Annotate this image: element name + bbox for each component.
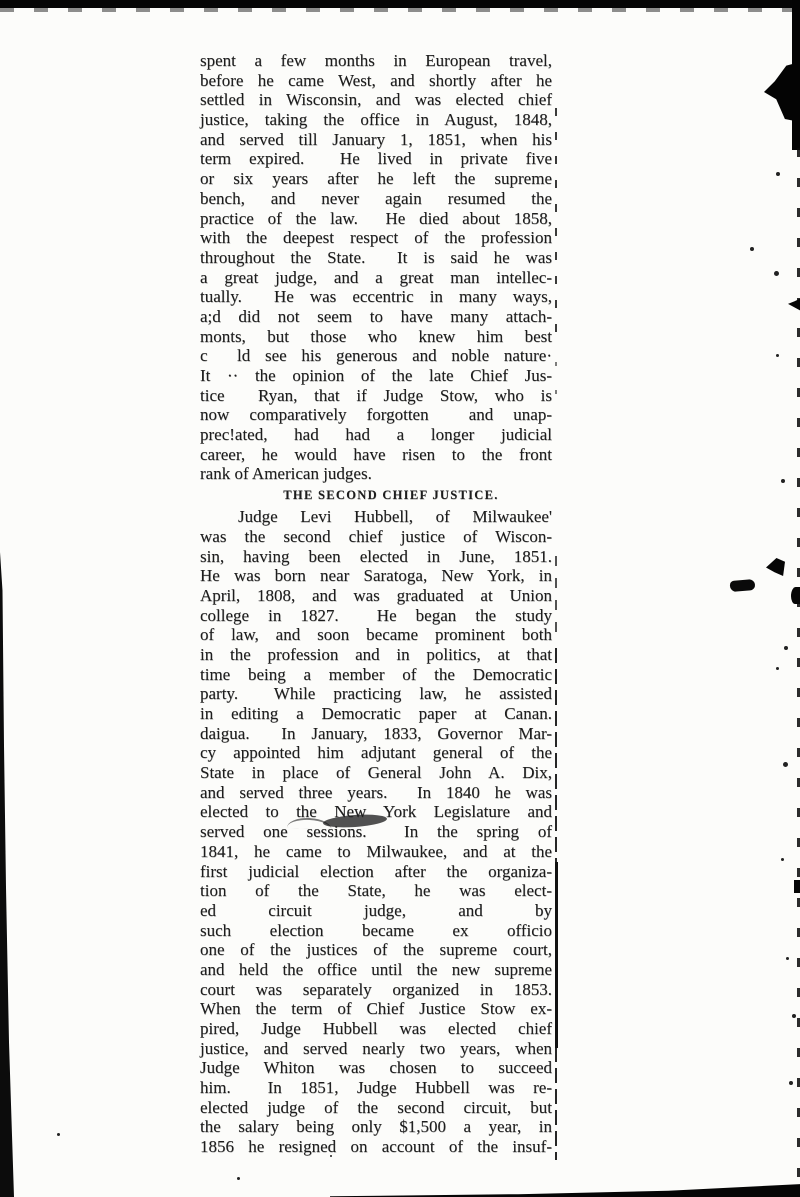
text-line: now comparatively forgotten and unap- <box>200 405 552 425</box>
ink-artifact <box>791 587 800 604</box>
text-line: 1841, he came to Milwaukee, and at the <box>200 842 552 862</box>
ink-speck <box>776 172 780 176</box>
text-line: It ·· the opinion of the late Chief Jus- <box>200 366 552 386</box>
ink-speck <box>750 247 754 251</box>
paragraph-hubbell: Judge Levi Hubbell, of Milwaukee'was the… <box>200 507 552 1157</box>
section-heading: THE SECOND CHIEF JUSTICE. <box>200 485 552 506</box>
text-line: justice, taking the office in August, 18… <box>200 110 552 130</box>
column-rule <box>555 362 557 410</box>
text-line: him. In 1851, Judge Hubbell was re- <box>200 1078 552 1098</box>
text-line: or six years after he left the supreme <box>200 169 552 189</box>
text-line: term expired. He lived in private five <box>200 149 552 169</box>
text-line: prec!ated, had had a longer judicial <box>200 425 552 445</box>
text-line: spent a few months in European travel, <box>200 51 552 71</box>
ink-speck <box>781 479 785 483</box>
text-line: When the term of Chief Justice Stow ex- <box>200 999 552 1019</box>
text-line: cy appointed him adjutant general of the <box>200 743 552 763</box>
text-line: a great judge, and a great man intellec- <box>200 268 552 288</box>
text-line: a;d did not seem to have many attach- <box>200 307 552 327</box>
text-line: and held the office until the new suprem… <box>200 960 552 980</box>
ink-speck <box>781 858 784 861</box>
scan-right-edge-strip <box>792 0 800 150</box>
text-line: and served three years. In 1840 he was <box>200 783 552 803</box>
ink-speck <box>776 354 779 357</box>
text-line: college in 1827. He began the study <box>200 606 552 626</box>
column-rule <box>555 108 557 340</box>
text-line: was the second chief justice of Wiscon- <box>200 527 552 547</box>
column-rule <box>555 648 557 1160</box>
text-line: Judge Levi Hubbell, of Milwaukee' <box>200 507 552 527</box>
ink-artifact <box>766 558 785 577</box>
scan-top-edge-band <box>0 0 800 8</box>
ink-speck <box>776 667 779 670</box>
text-line: practice of the law. He died about 1858, <box>200 209 552 229</box>
scan-left-edge-wedge <box>0 552 14 1197</box>
text-line: pired, Judge Hubbell was elected chief <box>200 1019 552 1039</box>
text-line: in editing a Democratic paper at Canan. <box>200 704 552 724</box>
ink-artifact <box>794 880 800 893</box>
text-line: ed circuit judge, and by <box>200 901 552 921</box>
scanned-newspaper-page: spent a few months in European travel,be… <box>0 0 800 1197</box>
text-line: He was born near Saratoga, New York, in <box>200 566 552 586</box>
text-line: with the deepest respect of the professi… <box>200 228 552 248</box>
text-line: elected to the New York Legislature and <box>200 802 552 822</box>
scan-right-edge-blob <box>764 62 800 122</box>
text-line: throughout the State. It is said he was <box>200 248 552 268</box>
ink-speck <box>786 957 789 960</box>
text-line: career, he would have risen to the front <box>200 445 552 465</box>
ink-speck <box>237 1177 240 1180</box>
text-line: settled in Wisconsin, and was elected ch… <box>200 90 552 110</box>
ink-artifact <box>788 298 800 311</box>
text-line: served one sessions. In the spring of <box>200 822 552 842</box>
ink-speck <box>784 646 788 650</box>
paragraph-stow-continuation: spent a few months in European travel,be… <box>200 51 552 484</box>
text-line: such election became ex officio <box>200 921 552 941</box>
column-rule <box>555 862 558 1048</box>
ink-artifact <box>730 579 756 592</box>
text-line: before he came West, and shortly after h… <box>200 71 552 91</box>
text-line: tion of the State, he was elect- <box>200 881 552 901</box>
ink-speck <box>792 1014 796 1018</box>
text-line: 1856 he resigned on account of the insuf… <box>200 1137 552 1157</box>
text-line: State in place of General John A. Dix, <box>200 763 552 783</box>
text-line: justice, and served nearly two years, wh… <box>200 1039 552 1059</box>
text-line: party. While practicing law, he assisted <box>200 684 552 704</box>
text-line: elected judge of the second circuit, but <box>200 1098 552 1118</box>
text-line: tually. He was eccentric in many ways, <box>200 287 552 307</box>
text-line: the salary being only $1,500 a year, in <box>200 1117 552 1137</box>
ink-speck <box>783 762 788 767</box>
text-line: sin, having been elected in June, 1851. <box>200 547 552 567</box>
scan-top-edge-fuzz <box>0 8 800 12</box>
text-line: of law, and soon became prominent both <box>200 625 552 645</box>
text-line: daigua. In January, 1833, Governor Mar- <box>200 724 552 744</box>
text-line: first judicial election after the organi… <box>200 862 552 882</box>
text-line: Judge Whiton was chosen to succeed <box>200 1058 552 1078</box>
text-line: bench, and never again resumed the <box>200 189 552 209</box>
scan-bottom-edge-band <box>330 1183 800 1197</box>
text-line: one of the justices of the supreme court… <box>200 940 552 960</box>
ink-speck <box>789 1081 793 1085</box>
text-line: in the profession and in politics, at th… <box>200 645 552 665</box>
text-line: c ld see his generous and noble nature· <box>200 346 552 366</box>
article-column: spent a few months in European travel,be… <box>200 51 552 1157</box>
text-line: court was separately organized in 1853. <box>200 980 552 1000</box>
ink-speck <box>57 1133 60 1136</box>
text-line: monts, but those who knew him best <box>200 327 552 347</box>
ink-speck <box>774 271 779 276</box>
text-line: rank of American judges. <box>200 464 552 484</box>
text-line: tice Ryan, that if Judge Stow, who is <box>200 386 552 406</box>
text-line: April, 1808, and was graduated at Union <box>200 586 552 606</box>
column-rule <box>555 556 557 642</box>
text-line: and served till January 1, 1851, when hi… <box>200 130 552 150</box>
text-line: time being a member of the Democratic <box>200 665 552 685</box>
